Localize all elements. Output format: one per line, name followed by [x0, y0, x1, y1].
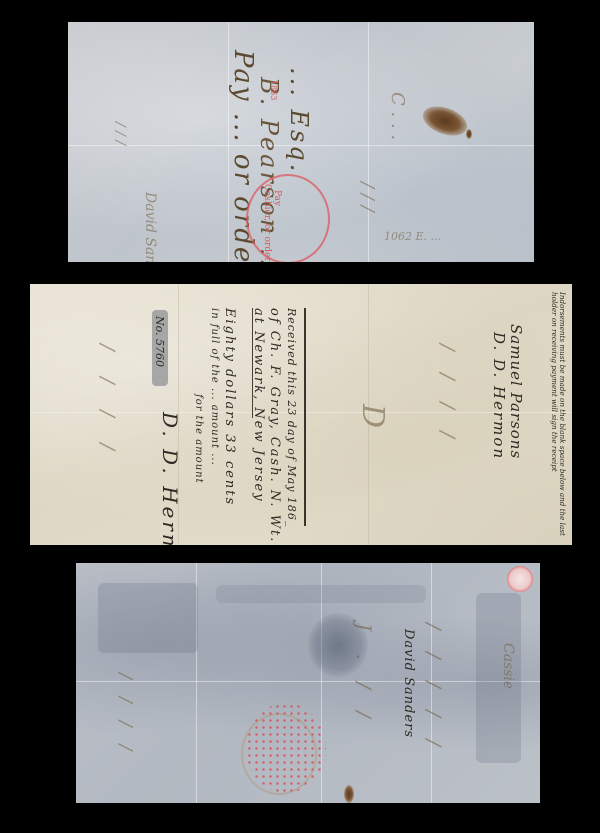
- receipt-body-line-5: in full of the ... amount ...: [209, 308, 220, 466]
- receipt-body-line-6: for the amount: [193, 394, 204, 484]
- bleed-through-text: David Sanders: [142, 192, 158, 262]
- receipt-signature-2: D. D. Hermon: [490, 332, 508, 460]
- stamp-text-year: 1863: [269, 80, 278, 100]
- bleed-through-text: J . / /: [352, 623, 376, 726]
- stamp-text-pay: Pay: [272, 190, 282, 206]
- signature: D. D. Hermon: [158, 412, 182, 545]
- bleed-through-text: / / /: [357, 182, 378, 212]
- signature: David Sanders: [401, 629, 416, 738]
- number-label: No. 5760: [153, 316, 166, 367]
- receipt-body-line-1: Received this 23 day of May 186_: [285, 308, 298, 527]
- printed-notice: Indorsements must be made on the blank s…: [550, 292, 566, 542]
- receipt-amount-line: Eighty dollars 33 cents: [222, 308, 237, 506]
- amount-underline: [252, 308, 253, 418]
- stamp-text-cashier: Cashier, or order: [262, 184, 272, 262]
- ink-mark: [344, 785, 354, 803]
- print-ghost: [216, 585, 426, 603]
- document-middle-receipt: Indorsements must be made on the blank s…: [30, 284, 572, 545]
- form-rule: [304, 308, 306, 526]
- document-top-reverse: / / / David Sanders C . . . / / / Pay ..…: [68, 22, 534, 262]
- bleed-through-text: / / / /: [436, 344, 460, 446]
- receipt-body-line-2: of Ch. F. Gray, Cash. N. Wt.: [267, 308, 282, 543]
- stamp-circle-faded: [241, 713, 317, 795]
- pencil-note: 1062 E. ...: [384, 230, 441, 243]
- bleed-through-text: / / / /: [96, 344, 120, 460]
- ink-blot: [419, 101, 471, 141]
- receipt-signature-1: Samuel Parsons: [507, 324, 525, 459]
- bleed-through-text: / / /: [112, 122, 128, 145]
- fold-line: [76, 681, 540, 682]
- print-ghost: [98, 583, 198, 653]
- bank-stamp-circle: [246, 174, 330, 262]
- bleed-through-text: C . . .: [387, 92, 408, 140]
- document-bottom-reverse: / / / / / J . / / / / / / Cassie David S…: [76, 563, 540, 803]
- fold-line: [368, 22, 369, 262]
- endorsement-line-3: ... Esq.: [285, 67, 313, 174]
- ink-blot-small: [466, 129, 472, 139]
- bleed-through-text: D: [355, 404, 390, 428]
- bleed-through-text: / / / /: [115, 673, 136, 756]
- red-seal: [507, 566, 533, 592]
- bleed-through-text: Cassie: [500, 643, 516, 689]
- bleed-through-text: / / / / /: [422, 623, 446, 754]
- receipt-body-line-3: at Newark, New Jersey: [251, 308, 266, 503]
